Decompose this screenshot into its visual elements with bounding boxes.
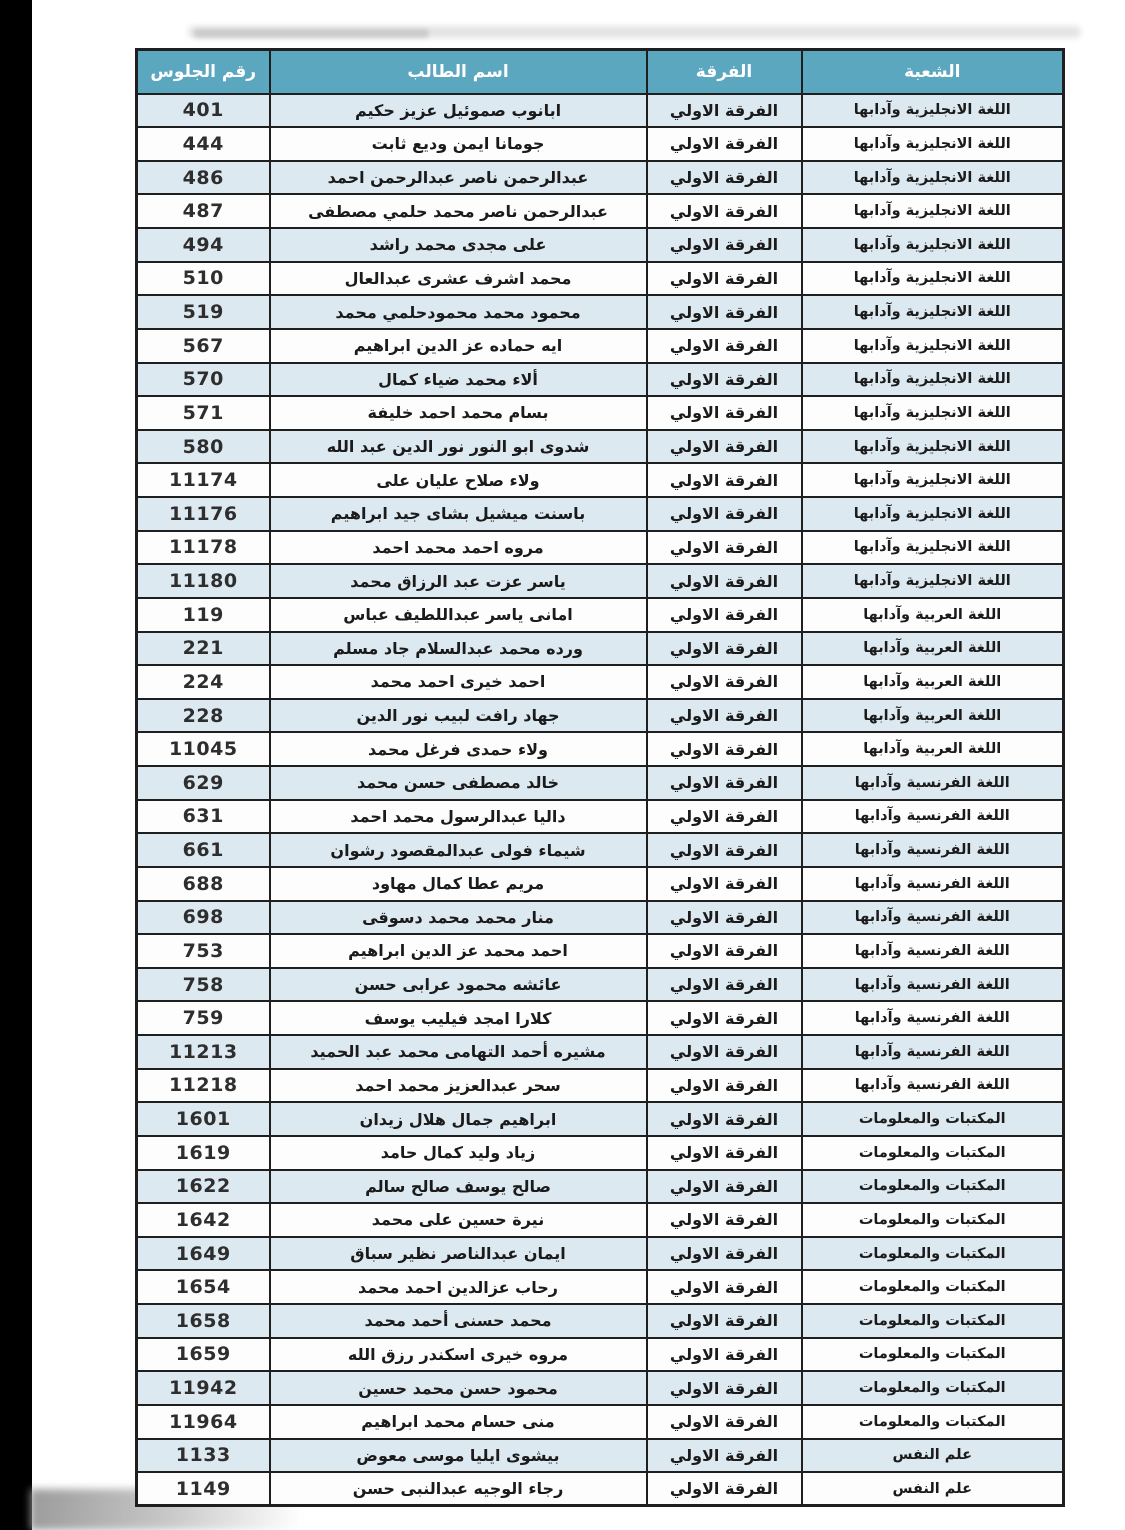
seat-number-cell: 510 — [137, 262, 270, 296]
seat-number-cell: 11045 — [137, 732, 270, 766]
section-cell: اللغة العربية وآدابها — [802, 598, 1064, 632]
table-row: 487 عبدالرحمن ناصر محمد حلمي مصطفى الفرق… — [137, 194, 1064, 228]
section-cell: اللغة الفرنسية وآدابها — [802, 833, 1064, 867]
student-name-cell: رحاب عزالدين احمد محمد — [270, 1270, 647, 1304]
student-name-cell: بسام محمد احمد خليفة — [270, 396, 647, 430]
seat-number-cell: 570 — [137, 363, 270, 397]
seat-number-cell: 631 — [137, 800, 270, 834]
table-row: 580 شدوى ابو النور نور الدين عبد الله ال… — [137, 430, 1064, 464]
seat-number-cell: 11178 — [137, 531, 270, 565]
table-row: 1659 مروه خيرى اسكندر رزق الله الفرقة ال… — [137, 1338, 1064, 1372]
table-row: 758 عائشه محمود عرابى حسن الفرقة الاولي … — [137, 968, 1064, 1002]
table-row: 631 داليا عبدالرسول محمد احمد الفرقة الا… — [137, 800, 1064, 834]
section-cell: اللغة الانجليزية وآدابها — [802, 396, 1064, 430]
table-row: 1149 رجاء الوجيه عبدالنبى حسن الفرقة الا… — [137, 1472, 1064, 1506]
student-name-cell: خالد مصطفى حسن محمد — [270, 766, 647, 800]
table-row: 401 ابانوب صموئيل عزيز حكيم الفرقة الاول… — [137, 94, 1064, 128]
student-name-cell: مروه احمد محمد احمد — [270, 531, 647, 565]
section-cell: اللغة الفرنسية وآدابها — [802, 901, 1064, 935]
table-row: 224 احمد خيرى احمد محمد الفرقة الاولي ال… — [137, 665, 1064, 699]
students-table: رقم الجلوس اسم الطالب الفرقة الشعبة 401 … — [135, 48, 1065, 1507]
student-name-cell: شيماء فولى عبدالمقصود رشوان — [270, 833, 647, 867]
grade-cell: الفرقة الاولي — [647, 1237, 802, 1271]
table-row: 119 امانى ياسر عبداللطيف عباس الفرقة الا… — [137, 598, 1064, 632]
grade-cell: الفرقة الاولي — [647, 1304, 802, 1338]
grade-cell: الفرقة الاولي — [647, 363, 802, 397]
section-cell: اللغة الانجليزية وآدابها — [802, 94, 1064, 128]
grade-cell: الفرقة الاولي — [647, 194, 802, 228]
table-row: 11176 باسنت ميشيل بشاى جيد ابراهيم الفرق… — [137, 497, 1064, 531]
student-name-cell: بيشوى ايليا موسى معوض — [270, 1439, 647, 1473]
seat-number-cell: 486 — [137, 161, 270, 195]
student-name-cell: مروه خيرى اسكندر رزق الله — [270, 1338, 647, 1372]
section-cell: اللغة الانجليزية وآدابها — [802, 228, 1064, 262]
seat-number-cell: 228 — [137, 699, 270, 733]
scanned-page: رقم الجلوس اسم الطالب الفرقة الشعبة 401 … — [0, 0, 1125, 1530]
student-name-cell: داليا عبدالرسول محمد احمد — [270, 800, 647, 834]
section-cell: اللغة العربية وآدابها — [802, 732, 1064, 766]
seat-number-cell: 688 — [137, 867, 270, 901]
table-row: 510 محمد اشرف عشرى عبدالعال الفرقة الاول… — [137, 262, 1064, 296]
table-row: 1642 نيرة حسين على محمد الفرقة الاولي ال… — [137, 1203, 1064, 1237]
table-row: 444 جومانا ايمن وديع ثابت الفرقة الاولي … — [137, 127, 1064, 161]
section-cell: اللغة الانجليزية وآدابها — [802, 463, 1064, 497]
student-name-cell: رجاء الوجيه عبدالنبى حسن — [270, 1472, 647, 1506]
grade-cell: الفرقة الاولي — [647, 127, 802, 161]
section-cell: اللغة الانجليزية وآدابها — [802, 531, 1064, 565]
section-cell: المكتبات والمعلومات — [802, 1102, 1064, 1136]
student-name-cell: على مجدى محمد راشد — [270, 228, 647, 262]
scan-artifact-top-dark — [194, 29, 429, 38]
seat-number-cell: 1642 — [137, 1203, 270, 1237]
section-cell: اللغة الفرنسية وآدابها — [802, 934, 1064, 968]
col-header-section: الشعبة — [802, 50, 1064, 94]
student-name-cell: منى حسام محمد ابراهيم — [270, 1405, 647, 1439]
seat-number-cell: 444 — [137, 127, 270, 161]
section-cell: اللغة الانجليزية وآدابها — [802, 430, 1064, 464]
grade-cell: الفرقة الاولي — [647, 632, 802, 666]
seat-number-cell: 629 — [137, 766, 270, 800]
table-row: 11213 مشيره أحمد التهامى محمد عبد الحميد… — [137, 1035, 1064, 1069]
section-cell: اللغة الانجليزية وآدابها — [802, 161, 1064, 195]
grade-cell: الفرقة الاولي — [647, 867, 802, 901]
student-name-cell: ورده محمد عبدالسلام جاد مسلم — [270, 632, 647, 666]
grade-cell: الفرقة الاولي — [647, 800, 802, 834]
seat-number-cell: 1619 — [137, 1136, 270, 1170]
seat-number-cell: 224 — [137, 665, 270, 699]
section-cell: المكتبات والمعلومات — [802, 1136, 1064, 1170]
section-cell: المكتبات والمعلومات — [802, 1203, 1064, 1237]
student-name-cell: باسنت ميشيل بشاى جيد ابراهيم — [270, 497, 647, 531]
grade-cell: الفرقة الاولي — [647, 1371, 802, 1405]
table-row: 1658 محمد حسنى أحمد محمد الفرقة الاولي ا… — [137, 1304, 1064, 1338]
student-name-cell: كلارا امجد فيليب يوسف — [270, 1001, 647, 1035]
student-name-cell: عائشه محمود عرابى حسن — [270, 968, 647, 1002]
table-row: 11964 منى حسام محمد ابراهيم الفرقة الاول… — [137, 1405, 1064, 1439]
grade-cell: الفرقة الاولي — [647, 1203, 802, 1237]
section-cell: علم النفس — [802, 1439, 1064, 1473]
seat-number-cell: 11180 — [137, 564, 270, 598]
section-cell: اللغة الفرنسية وآدابها — [802, 800, 1064, 834]
seat-number-cell: 11176 — [137, 497, 270, 531]
seat-number-cell: 1149 — [137, 1472, 270, 1506]
section-cell: اللغة الفرنسية وآدابها — [802, 968, 1064, 1002]
seat-number-cell: 1659 — [137, 1338, 270, 1372]
seat-number-cell: 758 — [137, 968, 270, 1002]
grade-cell: الفرقة الاولي — [647, 1405, 802, 1439]
student-name-cell: جهاد رافت لبيب نور الدين — [270, 699, 647, 733]
seat-number-cell: 11174 — [137, 463, 270, 497]
grade-cell: الفرقة الاولي — [647, 396, 802, 430]
section-cell: اللغة العربية وآدابها — [802, 632, 1064, 666]
seat-number-cell: 661 — [137, 833, 270, 867]
seat-number-cell: 1622 — [137, 1170, 270, 1204]
section-cell: اللغة الفرنسية وآدابها — [802, 1001, 1064, 1035]
grade-cell: الفرقة الاولي — [647, 463, 802, 497]
grade-cell: الفرقة الاولي — [647, 161, 802, 195]
table-row: 571 بسام محمد احمد خليفة الفرقة الاولي ا… — [137, 396, 1064, 430]
grade-cell: الفرقة الاولي — [647, 1170, 802, 1204]
grade-cell: الفرقة الاولي — [647, 295, 802, 329]
table-row: 11045 ولاء حمدى فرغل محمد الفرقة الاولي … — [137, 732, 1064, 766]
table-row: 629 خالد مصطفى حسن محمد الفرقة الاولي ال… — [137, 766, 1064, 800]
section-cell: اللغة الانجليزية وآدابها — [802, 262, 1064, 296]
seat-number-cell: 1654 — [137, 1270, 270, 1304]
grade-cell: الفرقة الاولي — [647, 564, 802, 598]
table-row: 1601 ابراهيم جمال هلال زيدان الفرقة الاو… — [137, 1102, 1064, 1136]
grade-cell: الفرقة الاولي — [647, 732, 802, 766]
scan-black-edge — [0, 0, 32, 1530]
table-row: 11180 ياسر عزت عبد الرزاق محمد الفرقة ال… — [137, 564, 1064, 598]
student-name-cell: صالح يوسف صالح سالم — [270, 1170, 647, 1204]
table-row: 519 محمود محمد محمودحلمي محمد الفرقة الا… — [137, 295, 1064, 329]
table-row: 486 عبدالرحمن ناصر عبدالرحمن احمد الفرقة… — [137, 161, 1064, 195]
col-header-student-name: اسم الطالب — [270, 50, 647, 94]
section-cell: المكتبات والمعلومات — [802, 1237, 1064, 1271]
section-cell: اللغة الفرنسية وآدابها — [802, 867, 1064, 901]
section-cell: اللغة الانجليزية وآدابها — [802, 497, 1064, 531]
section-cell: اللغة العربية وآدابها — [802, 699, 1064, 733]
section-cell: المكتبات والمعلومات — [802, 1170, 1064, 1204]
seat-number-cell: 580 — [137, 430, 270, 464]
table-row: 753 احمد محمد عز الدين ابراهيم الفرقة ال… — [137, 934, 1064, 968]
header-row: رقم الجلوس اسم الطالب الفرقة الشعبة — [137, 50, 1064, 94]
grade-cell: الفرقة الاولي — [647, 228, 802, 262]
grade-cell: الفرقة الاولي — [647, 901, 802, 935]
table-row: 1654 رحاب عزالدين احمد محمد الفرقة الاول… — [137, 1270, 1064, 1304]
table-row: 570 ألاء محمد ضياء كمال الفرقة الاولي ال… — [137, 363, 1064, 397]
section-cell: اللغة الانجليزية وآدابها — [802, 194, 1064, 228]
student-name-cell: محمود محمد محمودحلمي محمد — [270, 295, 647, 329]
section-cell: اللغة الانجليزية وآدابها — [802, 564, 1064, 598]
seat-number-cell: 11218 — [137, 1069, 270, 1103]
student-name-cell: عبدالرحمن ناصر عبدالرحمن احمد — [270, 161, 647, 195]
seat-number-cell: 401 — [137, 94, 270, 128]
seat-number-cell: 487 — [137, 194, 270, 228]
section-cell: اللغة العربية وآدابها — [802, 665, 1064, 699]
seat-number-cell: 698 — [137, 901, 270, 935]
table-row: 11174 ولاء صلاح عليان على الفرقة الاولي … — [137, 463, 1064, 497]
grade-cell: الفرقة الاولي — [647, 833, 802, 867]
section-cell: المكتبات والمعلومات — [802, 1270, 1064, 1304]
student-name-cell: احمد خيرى احمد محمد — [270, 665, 647, 699]
seat-number-cell: 753 — [137, 934, 270, 968]
grade-cell: الفرقة الاولي — [647, 497, 802, 531]
seat-number-cell: 494 — [137, 228, 270, 262]
student-name-cell: شدوى ابو النور نور الدين عبد الله — [270, 430, 647, 464]
student-name-cell: احمد محمد عز الدين ابراهيم — [270, 934, 647, 968]
student-name-cell: ياسر عزت عبد الرزاق محمد — [270, 564, 647, 598]
grade-cell: الفرقة الاولي — [647, 968, 802, 1002]
student-name-cell: ولاء حمدى فرغل محمد — [270, 732, 647, 766]
grade-cell: الفرقة الاولي — [647, 665, 802, 699]
table-row: 698 منار محمد محمد دسوقى الفرقة الاولي ا… — [137, 901, 1064, 935]
student-name-cell: مريم عطا كمال مهاود — [270, 867, 647, 901]
section-cell: اللغة الانجليزية وآدابها — [802, 329, 1064, 363]
student-name-cell: نيرة حسين على محمد — [270, 1203, 647, 1237]
student-name-cell: سحر عبدالعزيز محمد احمد — [270, 1069, 647, 1103]
table-row: 1133 بيشوى ايليا موسى معوض الفرقة الاولي… — [137, 1439, 1064, 1473]
grade-cell: الفرقة الاولي — [647, 699, 802, 733]
table-row: 11178 مروه احمد محمد احمد الفرقة الاولي … — [137, 531, 1064, 565]
seat-number-cell: 11964 — [137, 1405, 270, 1439]
student-name-cell: ايه حماده عز الدين ابراهيم — [270, 329, 647, 363]
table-row: 11942 محمود حسن محمد حسين الفرقة الاولي … — [137, 1371, 1064, 1405]
grade-cell: الفرقة الاولي — [647, 934, 802, 968]
student-name-cell: زياد وليد كمال حامد — [270, 1136, 647, 1170]
section-cell: المكتبات والمعلومات — [802, 1304, 1064, 1338]
student-name-cell: محمد اشرف عشرى عبدالعال — [270, 262, 647, 296]
section-cell: المكتبات والمعلومات — [802, 1371, 1064, 1405]
grade-cell: الفرقة الاولي — [647, 1472, 802, 1506]
seat-number-cell: 759 — [137, 1001, 270, 1035]
grade-cell: الفرقة الاولي — [647, 1035, 802, 1069]
grade-cell: الفرقة الاولي — [647, 598, 802, 632]
seat-number-cell: 1649 — [137, 1237, 270, 1271]
section-cell: اللغة الفرنسية وآدابها — [802, 766, 1064, 800]
grade-cell: الفرقة الاولي — [647, 1001, 802, 1035]
seat-number-cell: 221 — [137, 632, 270, 666]
table-row: 567 ايه حماده عز الدين ابراهيم الفرقة ال… — [137, 329, 1064, 363]
student-name-cell: ايمان عبدالناصر نظير سباق — [270, 1237, 647, 1271]
table-row: 1619 زياد وليد كمال حامد الفرقة الاولي ا… — [137, 1136, 1064, 1170]
grade-cell: الفرقة الاولي — [647, 1102, 802, 1136]
grade-cell: الفرقة الاولي — [647, 262, 802, 296]
student-name-cell: جومانا ايمن وديع ثابت — [270, 127, 647, 161]
seat-number-cell: 1601 — [137, 1102, 270, 1136]
section-cell: اللغة الانجليزية وآدابها — [802, 127, 1064, 161]
grade-cell: الفرقة الاولي — [647, 1270, 802, 1304]
table-body: 401 ابانوب صموئيل عزيز حكيم الفرقة الاول… — [137, 94, 1064, 1506]
col-header-grade: الفرقة — [647, 50, 802, 94]
section-cell: علم النفس — [802, 1472, 1064, 1506]
section-cell: اللغة الفرنسية وآدابها — [802, 1035, 1064, 1069]
student-name-cell: امانى ياسر عبداللطيف عباس — [270, 598, 647, 632]
student-name-cell: محمد حسنى أحمد محمد — [270, 1304, 647, 1338]
student-name-cell: منار محمد محمد دسوقى — [270, 901, 647, 935]
section-cell: اللغة الفرنسية وآدابها — [802, 1069, 1064, 1103]
seat-number-cell: 519 — [137, 295, 270, 329]
table-row: 1649 ايمان عبدالناصر نظير سباق الفرقة ال… — [137, 1237, 1064, 1271]
table-row: 759 كلارا امجد فيليب يوسف الفرقة الاولي … — [137, 1001, 1064, 1035]
student-name-cell: ألاء محمد ضياء كمال — [270, 363, 647, 397]
table-row: 688 مريم عطا كمال مهاود الفرقة الاولي ال… — [137, 867, 1064, 901]
seat-number-cell: 11213 — [137, 1035, 270, 1069]
seat-number-cell: 571 — [137, 396, 270, 430]
section-cell: المكتبات والمعلومات — [802, 1405, 1064, 1439]
col-header-seat-number: رقم الجلوس — [137, 50, 270, 94]
grade-cell: الفرقة الاولي — [647, 94, 802, 128]
table-row: 661 شيماء فولى عبدالمقصود رشوان الفرقة ا… — [137, 833, 1064, 867]
grade-cell: الفرقة الاولي — [647, 430, 802, 464]
table-row: 221 ورده محمد عبدالسلام جاد مسلم الفرقة … — [137, 632, 1064, 666]
grade-cell: الفرقة الاولي — [647, 1439, 802, 1473]
grade-cell: الفرقة الاولي — [647, 329, 802, 363]
section-cell: اللغة الانجليزية وآدابها — [802, 363, 1064, 397]
student-name-cell: ابراهيم جمال هلال زيدان — [270, 1102, 647, 1136]
seat-number-cell: 1133 — [137, 1439, 270, 1473]
grade-cell: الفرقة الاولي — [647, 766, 802, 800]
grade-cell: الفرقة الاولي — [647, 1338, 802, 1372]
student-name-cell: محمود حسن محمد حسين — [270, 1371, 647, 1405]
grade-cell: الفرقة الاولي — [647, 1069, 802, 1103]
section-cell: المكتبات والمعلومات — [802, 1338, 1064, 1372]
table-row: 11218 سحر عبدالعزيز محمد احمد الفرقة الا… — [137, 1069, 1064, 1103]
seat-number-cell: 1658 — [137, 1304, 270, 1338]
seat-number-cell: 567 — [137, 329, 270, 363]
section-cell: اللغة الانجليزية وآدابها — [802, 295, 1064, 329]
student-name-cell: عبدالرحمن ناصر محمد حلمي مصطفى — [270, 194, 647, 228]
table-row: 228 جهاد رافت لبيب نور الدين الفرقة الاو… — [137, 699, 1064, 733]
seat-number-cell: 119 — [137, 598, 270, 632]
student-name-cell: ولاء صلاح عليان على — [270, 463, 647, 497]
seat-number-cell: 11942 — [137, 1371, 270, 1405]
grade-cell: الفرقة الاولي — [647, 531, 802, 565]
table-row: 1622 صالح يوسف صالح سالم الفرقة الاولي ا… — [137, 1170, 1064, 1204]
table-row: 494 على مجدى محمد راشد الفرقة الاولي الل… — [137, 228, 1064, 262]
student-name-cell: ابانوب صموئيل عزيز حكيم — [270, 94, 647, 128]
student-name-cell: مشيره أحمد التهامى محمد عبد الحميد — [270, 1035, 647, 1069]
grade-cell: الفرقة الاولي — [647, 1136, 802, 1170]
